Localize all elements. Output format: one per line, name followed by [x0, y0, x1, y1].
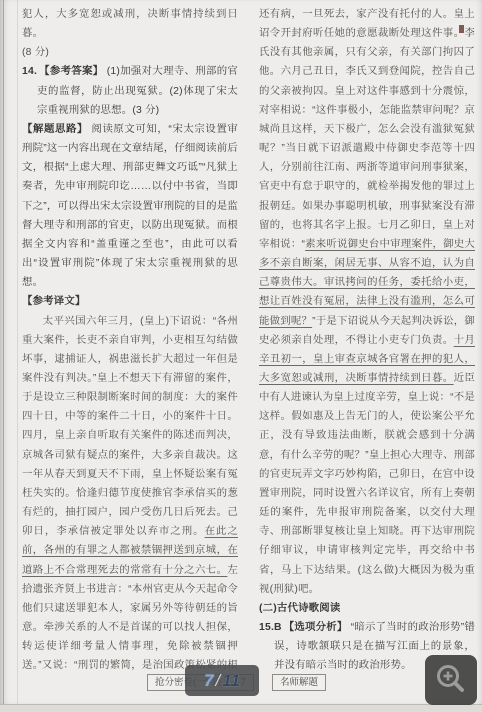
zoom-in-button[interactable]	[425, 655, 477, 705]
answer13-score: (8 分)	[22, 43, 238, 62]
footer-solver-box: 名师解题	[272, 674, 326, 691]
translation-underlined-segment: 素来听说御史台中审理案件，御史大多不亲自断案，闲居无事、从容不迫，认为自己尊贵伟…	[259, 239, 475, 327]
answer-14: 14.【参考答案】 (1)加强对大理寺、刑部的官吏的监督，防止出现冤狱。(2)体…	[22, 62, 238, 119]
analysis-label: 【解题思路】	[22, 124, 88, 135]
document-page: 犯人，大多宽恕或减刑，决断事情持续到日暮。 (8 分) 14.【参考答案】 (1…	[0, 0, 482, 704]
answer-label: 【参考答案】	[39, 66, 103, 77]
section-heading-poetry: (二)古代诗歌阅读	[259, 599, 475, 618]
question-number: 14.	[22, 66, 37, 77]
analysis-label: 【选项分析】	[284, 622, 348, 633]
page-total: 11	[222, 671, 240, 691]
page-indicator[interactable]: 7 / 11	[185, 665, 259, 696]
analysis-14-text: 阅读原文可知，“宋太宗设置审刑院”这一内容出现在文章结尾，仔细阅读前后文，根据“…	[22, 124, 238, 288]
question-number: 15.B	[259, 622, 282, 633]
page-margin-line	[3, 0, 4, 704]
translation-paragraph-left: 太平兴国六年三月，(皇上)下诏说：“各州重大案件，长吏不亲自审判，小吏相互勾结做…	[22, 312, 238, 672]
analysis-14: 【解题思路】 阅读原文可知，“宋太宗设置审刑院”这一内容出现在文章结尾，仔细阅读…	[22, 120, 238, 292]
answer13-text: 犯人，大多宽恕或减刑，决断事情持续到日暮。	[22, 9, 238, 39]
translation-paragraph-right: 还有病，一旦死去，家产没有托付的人。皇上诏令开封府听任她的意愿裁断处理这件事。李…	[259, 5, 475, 599]
page-separator: /	[214, 671, 223, 691]
answer13-continuation: 犯人，大多宽恕或减刑，决断事情持续到日暮。	[22, 5, 238, 43]
magnifier-plus-icon	[434, 662, 468, 699]
page-margin-line-inner	[17, 0, 18, 704]
translation-segment: 还有病，一旦死去，家产没有托付的人。皇上诏令开封府听任她的意愿裁断处理这件事。李…	[259, 9, 475, 250]
left-column: 犯人，大多宽恕或减刑，决断事情持续到日暮。 (8 分) 14.【参考答案】 (1…	[22, 5, 238, 671]
translation-segment: 太平兴国六年三月，(皇上)下诏说：“各州重大案件，长吏不亲自审判，小吏相互勾结做…	[22, 316, 238, 538]
screen-bottom-strip	[0, 704, 482, 712]
footer-solver-label: 名师解题	[280, 677, 318, 688]
viewer-screen: 犯人，大多宽恕或减刑，决断事情持续到日暮。 (8 分) 14.【参考答案】 (1…	[0, 0, 482, 712]
translation-heading: 【参考译文】	[22, 292, 238, 311]
translation-segment: 左拾遗张齐贤上书进言：“本州官吏从今天起命令他们只逮送罪犯本人，家属另外等待朝廷…	[22, 565, 238, 671]
score-text: (8 分)	[22, 47, 49, 58]
translation-segment: 近臣中有人进谏认为皇上过度辛劳，皇上说：“不是这样。假如惠及上告无门的人，使讼案…	[259, 373, 475, 595]
right-column: 还有病，一旦死去，家产没有托付的人。皇上诏令开封府听任她的意愿裁断处理这件事。李…	[259, 5, 475, 671]
page-current: 7	[204, 671, 213, 691]
